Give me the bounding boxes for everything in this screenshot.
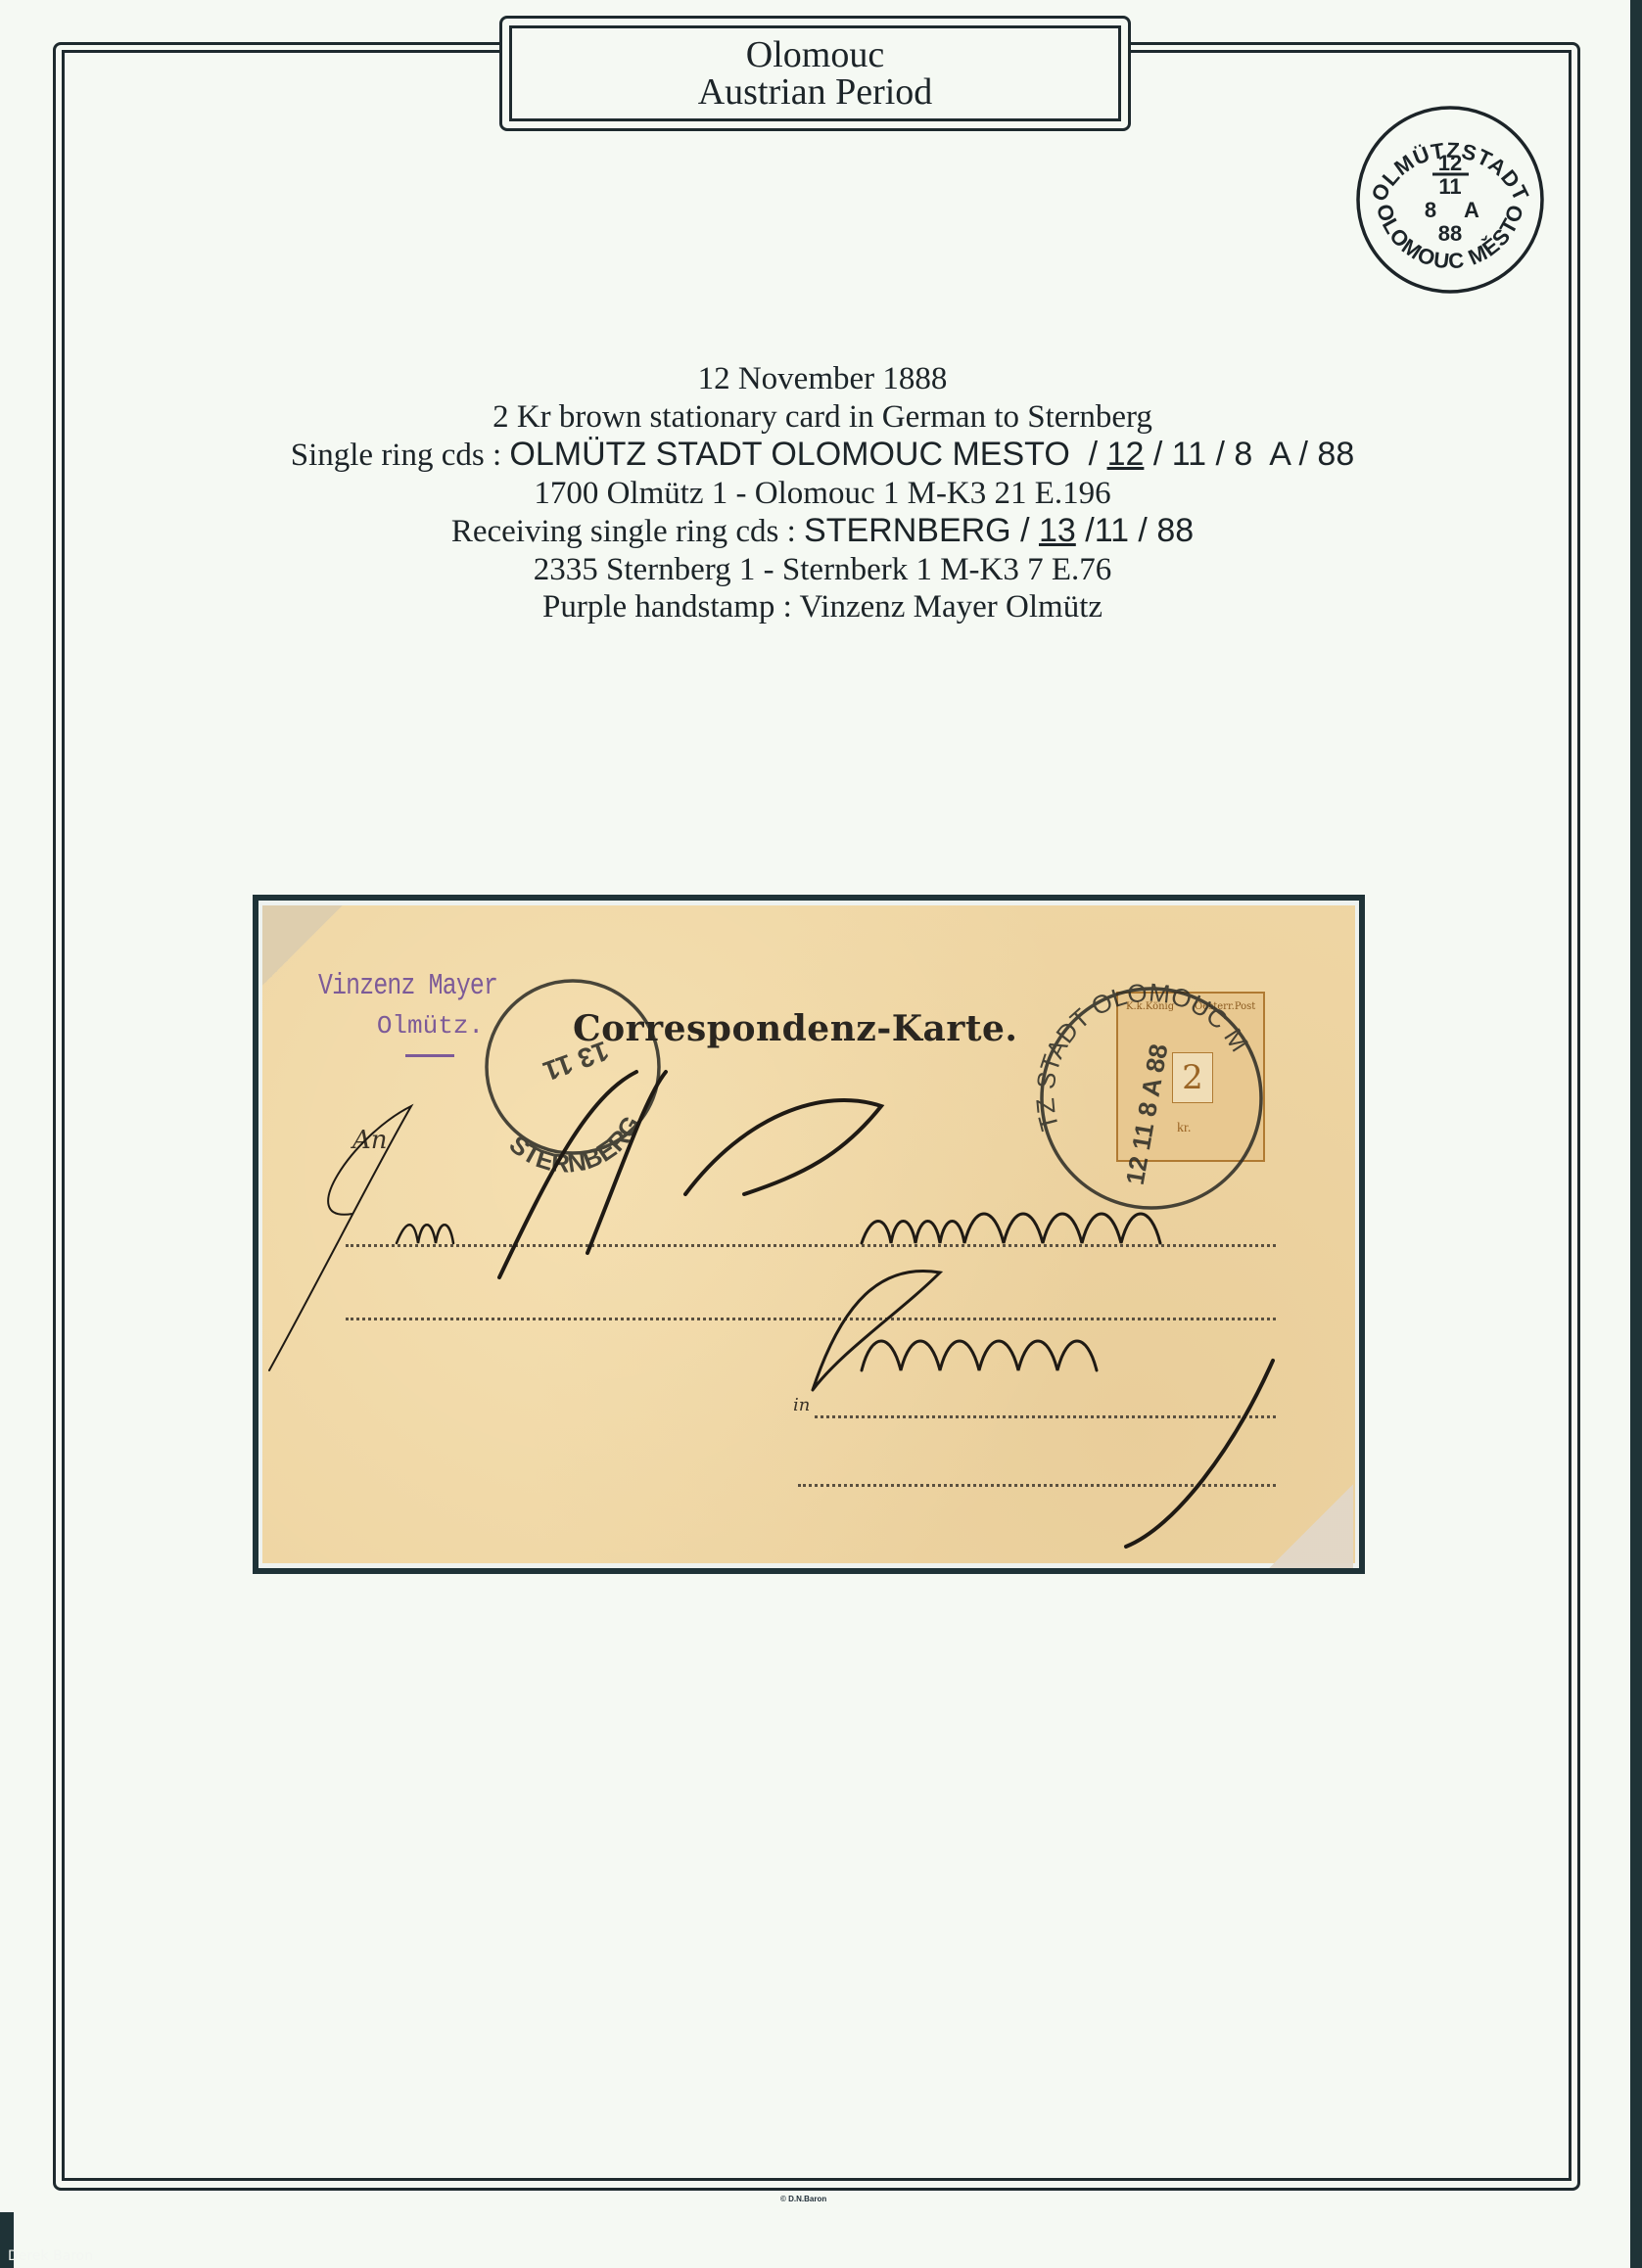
copyright-notice: © D.N.Baron (780, 2195, 826, 2203)
receiving-reference: 2335 Sternberg 1 - Sternberk 1 M-K3 7 E.… (98, 551, 1547, 589)
receiving-label: Receiving single ring cds : (451, 514, 804, 549)
item-description: 12 November 1888 2 Kr brown stationary c… (98, 360, 1547, 626)
dispatch-sep: / (1070, 436, 1107, 473)
stamp-label-right: Oesterr.Post (1195, 1001, 1255, 1012)
receiving-cds-name: STERNBERG (804, 512, 1011, 549)
cds-month: 11 (1438, 174, 1461, 199)
address-line-3 (815, 1415, 1276, 1418)
dispatch-cds-name: OLMÜTZ STADT OLOMOUC MESTO (509, 436, 1069, 473)
receiving-day: 13 (1039, 512, 1076, 549)
stamp-value: 2 (1172, 1052, 1213, 1103)
postcard-title: Correspondenz-Karte. (573, 1008, 1017, 1049)
address-line-4 (798, 1484, 1276, 1487)
mount-corner-bottom-right (1269, 1484, 1353, 1568)
cds-hour: 8 (1425, 198, 1436, 222)
description-date: 12 November 1888 (98, 360, 1547, 398)
address-line-2 (346, 1318, 1276, 1320)
cds-illustration: OLMÜTZSTADT OLOMOUC MĚSTO 12 11 8 A 88 (1354, 104, 1546, 296)
sender-name: Vinzenz Mayer (318, 969, 497, 1003)
sender-handstamp: Vinzenz Mayer Olmütz. (318, 969, 542, 1057)
sender-town: Olmütz. (318, 1011, 542, 1041)
receiving-sep: / (1011, 512, 1039, 549)
stamp-currency: kr. (1177, 1121, 1191, 1136)
sender-rule (405, 1054, 454, 1057)
description-receiving: Receiving single ring cds : STERNBERG / … (98, 512, 1547, 551)
title-box-inner: Olomouc Austrian Period (509, 25, 1121, 121)
cds-period: A (1464, 198, 1479, 222)
receiving-rest: /11 / 88 (1076, 512, 1194, 549)
dispatch-rest: / 11 / 8 A / 88 (1144, 436, 1354, 473)
description-dispatch: Single ring cds : OLMÜTZ STADT OLOMOUC M… (98, 436, 1547, 475)
address-label-in: in (793, 1395, 810, 1415)
address-line-1 (346, 1244, 1276, 1247)
cds-year: 88 (1438, 221, 1462, 246)
description-item: 2 Kr brown stationary card in German to … (98, 398, 1547, 437)
scan-edge-right (1630, 0, 1642, 2268)
dispatch-day: 12 (1107, 436, 1145, 473)
cds-day: 12 (1438, 151, 1462, 175)
page-title: Olomouc (746, 36, 884, 73)
dispatch-label: Single ring cds : (291, 438, 510, 473)
imprinted-stamp: K.k.König Oesterr.Post 2 kr. (1116, 992, 1265, 1162)
address-label-an: An (352, 1126, 388, 1155)
title-box: Olomouc Austrian Period (499, 16, 1131, 131)
description-handstamp: Purple handstamp : Vinzenz Mayer Olmütz (98, 588, 1547, 626)
stamp-label-left: K.k.König (1126, 1001, 1174, 1012)
page-subtitle: Austrian Period (698, 73, 933, 111)
scanner-watermark: Derek Baron (8, 2248, 93, 2264)
dispatch-reference: 1700 Olmütz 1 - Olomouc 1 M-K3 21 E.196 (98, 475, 1547, 513)
